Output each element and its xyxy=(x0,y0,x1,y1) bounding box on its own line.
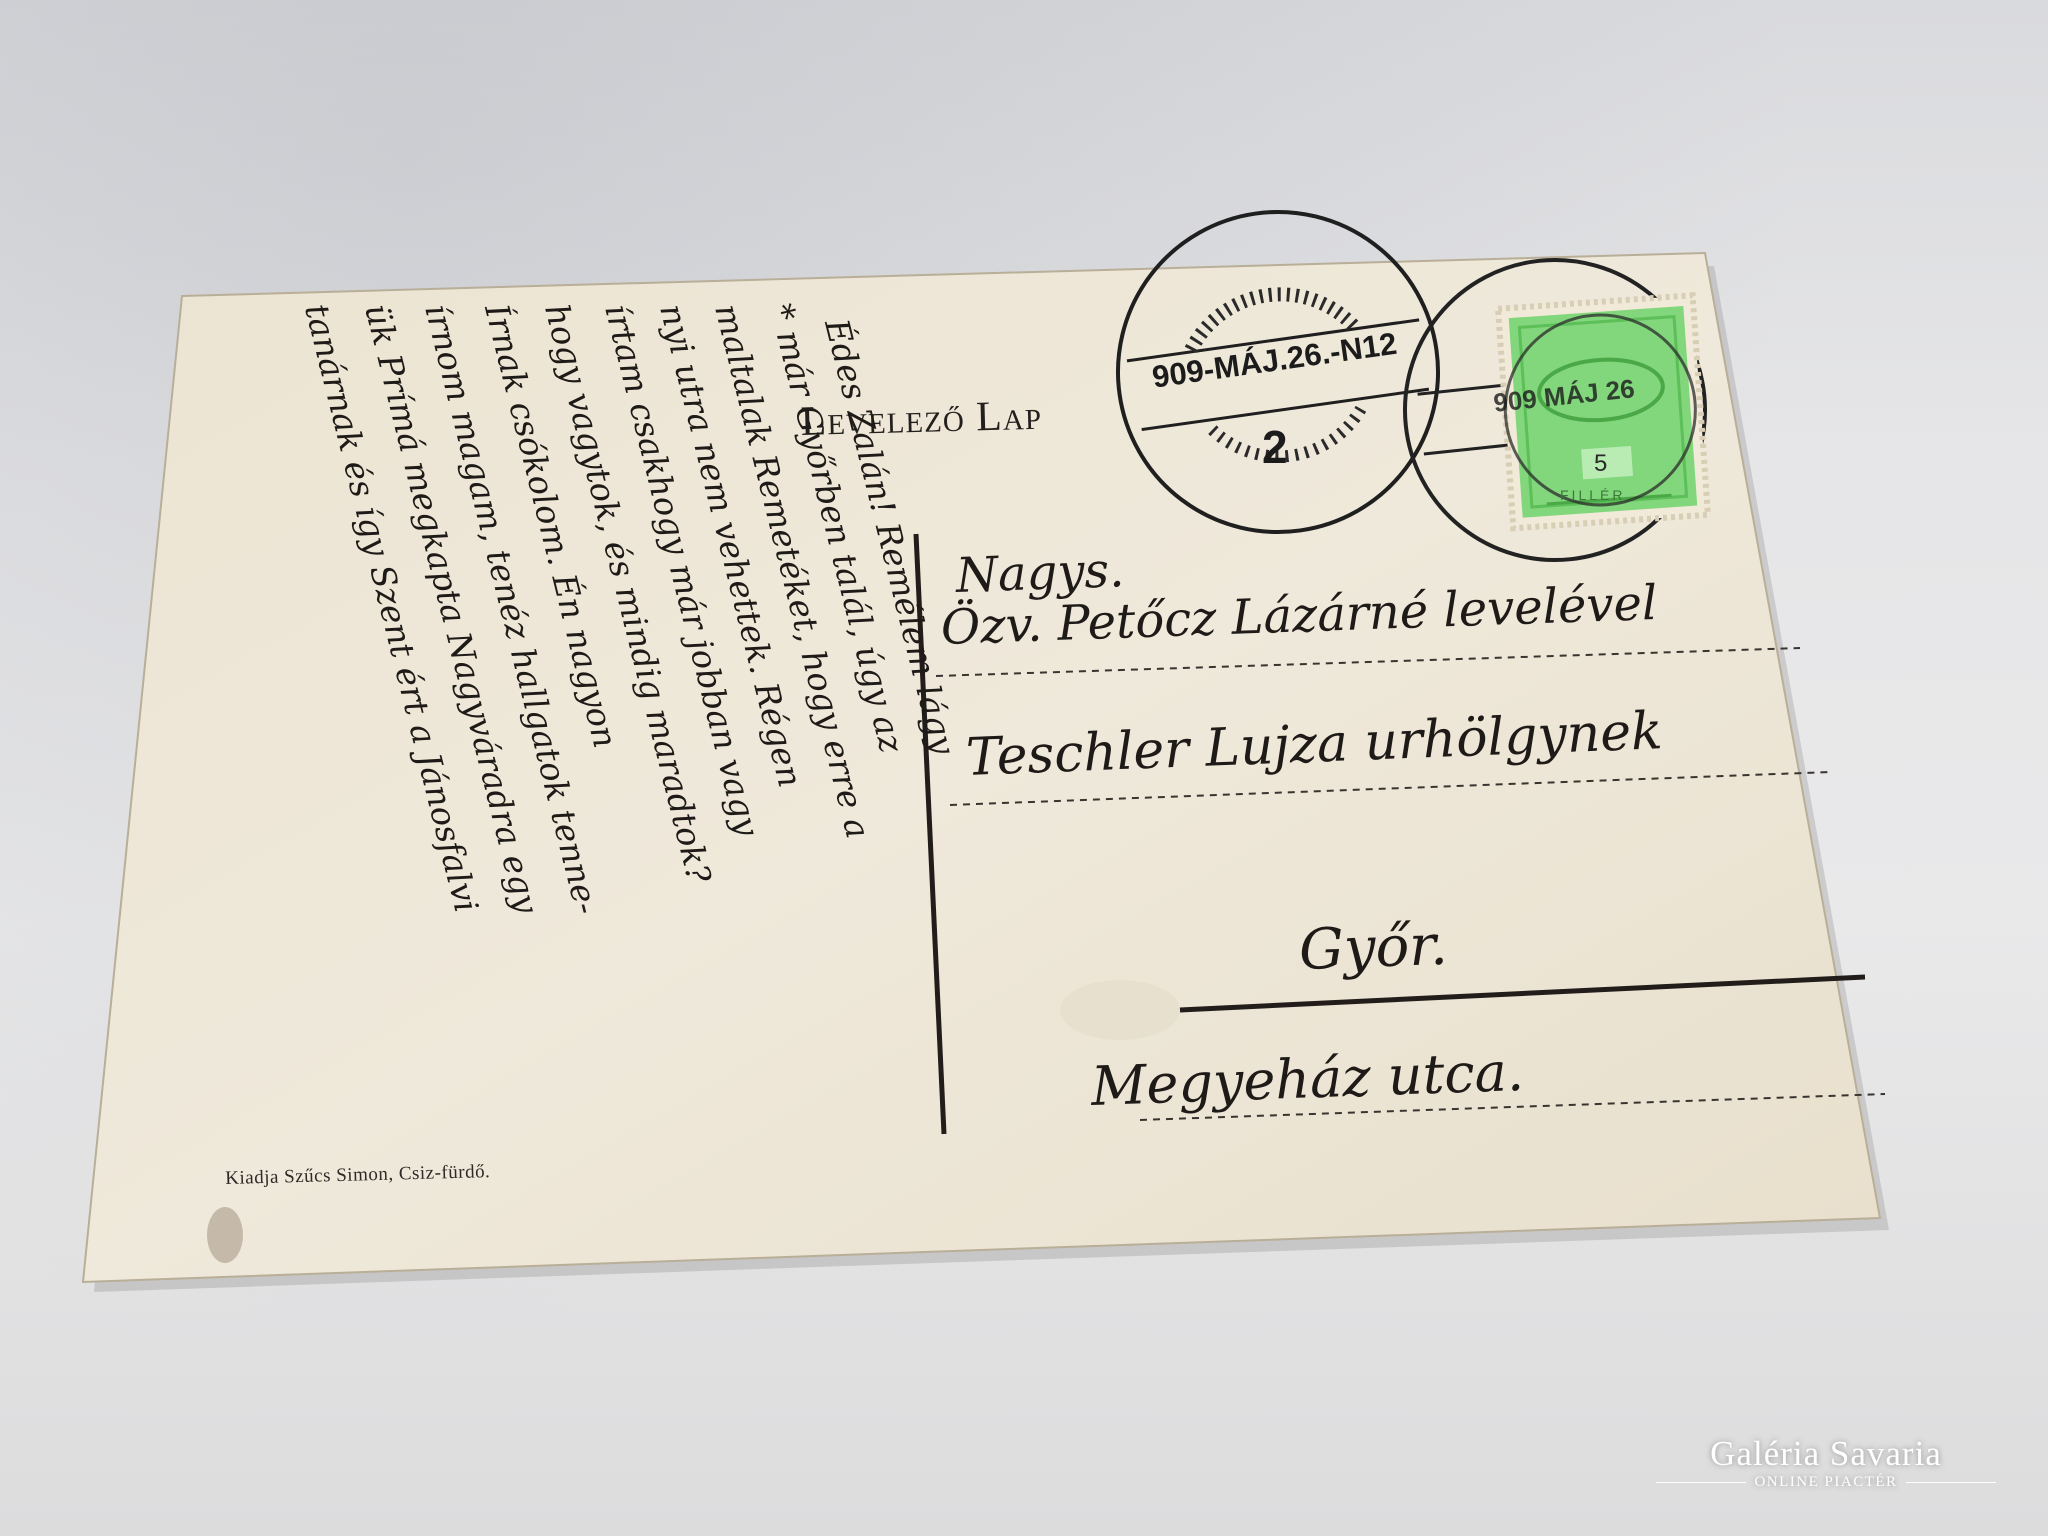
stamp-unit: FILLÉR xyxy=(1560,487,1625,503)
watermark-rule-right xyxy=(1906,1482,1996,1483)
watermark-subtitle-row: Online Piactér xyxy=(1656,1473,1996,1491)
address-city: Győr. xyxy=(1298,913,1449,983)
postmark-bottom-mark: 2 xyxy=(1262,420,1288,474)
watermark-rule-left xyxy=(1656,1482,1746,1483)
watermark-title: Galéria Savaria xyxy=(1656,1435,1996,1473)
watermark-logo: Galéria Savaria Online Piactér xyxy=(1656,1435,1996,1491)
watermark-subtitle: Online Piactér xyxy=(1754,1473,1897,1491)
stamp-denomination: 5 xyxy=(1594,450,1607,478)
